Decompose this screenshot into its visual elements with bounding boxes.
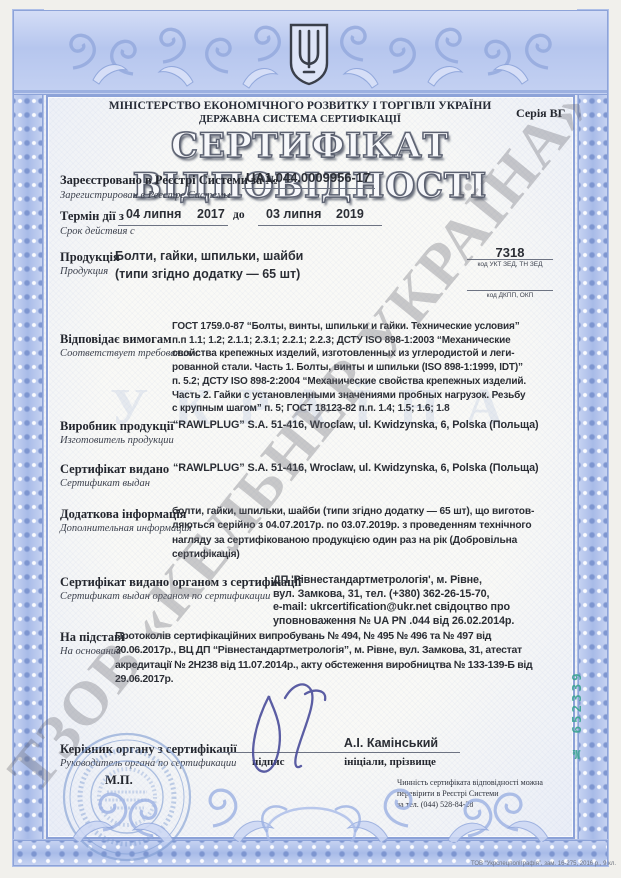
code-dkpp-caption: код ДКПП, ОКП xyxy=(463,292,557,299)
issuing-body-label-ru: Сертификат выдан органом по сертификации xyxy=(60,591,270,602)
product-value: Болти, гайки, шпильки, шайби (типи згідн… xyxy=(115,248,303,283)
additional-text: болти, гайки, шпильки, шайби (типи згідн… xyxy=(172,505,534,563)
manufacturer-label-ru: Изготовитель продукции xyxy=(60,435,174,446)
ministry-line: МІНІСТЕРСТВО ЕКОНОМІЧНОГО РОЗВИТКУ І ТОР… xyxy=(80,100,520,112)
additional-label-uk: Додаткова інформація xyxy=(60,507,186,522)
code-ukt-rule xyxy=(467,259,553,260)
validity-underline-2 xyxy=(258,225,382,226)
tryzub-emblem-icon xyxy=(287,22,331,88)
bottom-ornament-flourishes xyxy=(43,782,578,842)
system-line: ДЕРЖАВНА СИСТЕМА СЕРТИФІКАЦІЇ xyxy=(80,114,520,125)
issued-to-label-ru: Сертификат выдан xyxy=(60,478,150,489)
validity-label-ru: Срок действия с xyxy=(60,226,135,237)
series-label: Серія ВГ xyxy=(516,106,565,121)
registration-number: UA1.044.0009956-17 xyxy=(246,170,370,185)
blank-number: № 652339 xyxy=(569,612,584,762)
code-ukt-caption: код УКТ ЗЕД, ТН ЗЕД xyxy=(463,261,557,268)
product-label-ru: Продукция xyxy=(60,266,108,277)
printer-note: ТОВ “Укрспецполіграфія”, зам. 16-275, 20… xyxy=(468,861,616,867)
code-ukt-zed: 7318 xyxy=(467,245,553,260)
issued-to-label-uk: Сертифікат видано xyxy=(60,462,169,477)
certificate-page: УКРАЇНА xyxy=(0,0,621,878)
code-dkpp-rule xyxy=(467,290,553,291)
conformity-label-uk: Відповідає вимогам xyxy=(60,332,172,347)
validity-from-day: 04 липня xyxy=(126,207,181,221)
signature xyxy=(225,678,355,788)
validity-to-word: до xyxy=(233,209,245,221)
validity-underline-1 xyxy=(118,225,228,226)
validity-to-year: 2019 xyxy=(336,207,364,221)
registration-label-ru: Зарегистрирован в Реестре Системы xyxy=(60,190,230,201)
conformity-text: ГОСТ 1759.0-87 “Болты, винты, шпильки и … xyxy=(172,320,526,416)
issuing-body-label-uk: Сертифікат видано органом з сертифікації xyxy=(60,575,301,590)
issued-to-value: “RAWLPLUG” S.A. 51-416, Wroclaw, ul. Kwi… xyxy=(173,462,539,474)
issuing-body-text: ДП 'Рівнестандартметрологія', м. Рівне, … xyxy=(273,574,514,629)
product-label-uk: Продукція xyxy=(60,250,120,265)
registration-underline xyxy=(242,188,375,189)
validity-label-uk: Термін дії з xyxy=(60,209,124,224)
basis-label-ru: На основании xyxy=(60,646,121,657)
validity-to-day: 03 липня xyxy=(266,207,321,221)
manufacturer-label-uk: Виробник продукції xyxy=(60,419,174,434)
lace-border-left xyxy=(13,10,43,866)
validity-from-year: 2017 xyxy=(197,207,225,221)
manufacturer-value: “RAWLPLUG” S.A. 51-416, Wroclaw, ul. Kwi… xyxy=(173,419,539,431)
